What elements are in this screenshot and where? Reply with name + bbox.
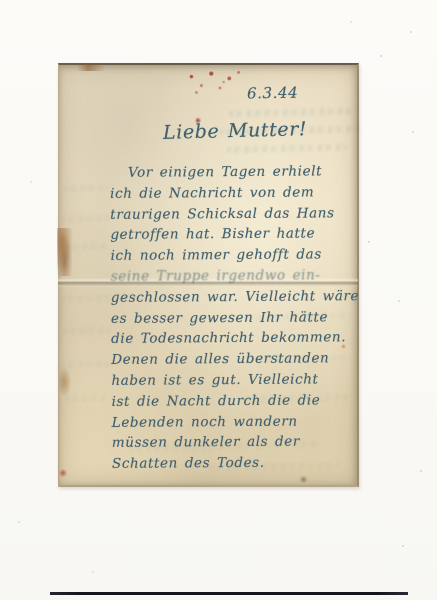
- dust-specks: [0, 0, 2, 2]
- letter-line: seine Truppe irgendwo ein-: [111, 265, 359, 288]
- bleedthrough-mark: [61, 294, 113, 302]
- bleedthrough-mark: [229, 107, 357, 117]
- rust-stain-left-edge: [57, 228, 74, 276]
- rust-streak-top-edge: [77, 64, 105, 71]
- letter-line: Lebenden noch wandern: [112, 411, 360, 434]
- letter-line: die Todesnachricht bekommen.: [111, 328, 359, 351]
- bleedthrough-mark: [63, 184, 109, 192]
- red-spot-bottom-left: [59, 469, 67, 477]
- red-ink-speckles: [184, 67, 246, 97]
- scan-bottom-edge-line: [50, 592, 408, 595]
- letter-line: Vor einigen Tagen erhielt: [110, 161, 358, 184]
- letter-line: geschlossen war. Vielleicht wäre: [111, 286, 359, 309]
- letter-line: müssen dunkeler als der: [112, 431, 360, 454]
- letter-line: traurigen Schicksal das Hans: [110, 203, 358, 226]
- letter-line: ist die Nacht durch die die: [112, 390, 360, 413]
- letter-line: Denen die alles überstanden: [111, 348, 359, 371]
- bleedthrough-mark: [227, 144, 347, 154]
- letter-paper: 6.3.44 Liebe Mutter! Vor einigen Tagen e…: [58, 63, 359, 487]
- salutation: Liebe Mutter!: [163, 118, 308, 144]
- bleedthrough-mark: [61, 214, 111, 222]
- letter-line: ich die Nachricht von dem: [110, 182, 358, 205]
- scanned-letter-page: 6.3.44 Liebe Mutter! Vor einigen Tagen e…: [0, 0, 437, 600]
- letter-date: 6.3.44: [247, 84, 299, 103]
- letter-body: Vor einigen Tagen erhielt ich die Nachri…: [110, 161, 360, 475]
- bleedthrough-mark: [63, 326, 111, 334]
- letter-line: Schatten des Todes.: [112, 452, 360, 475]
- letter-line: es besser gewesen Ihr hätte: [111, 307, 359, 330]
- rust-stain-left-edge: [59, 365, 72, 399]
- letter-line: ich noch immer gehofft das: [110, 244, 358, 267]
- letter-line: haben ist es gut. Vielleicht: [111, 369, 359, 392]
- letter-line: getroffen hat. Bisher hatte: [110, 224, 358, 247]
- brown-spot-bottom-right: [299, 476, 308, 483]
